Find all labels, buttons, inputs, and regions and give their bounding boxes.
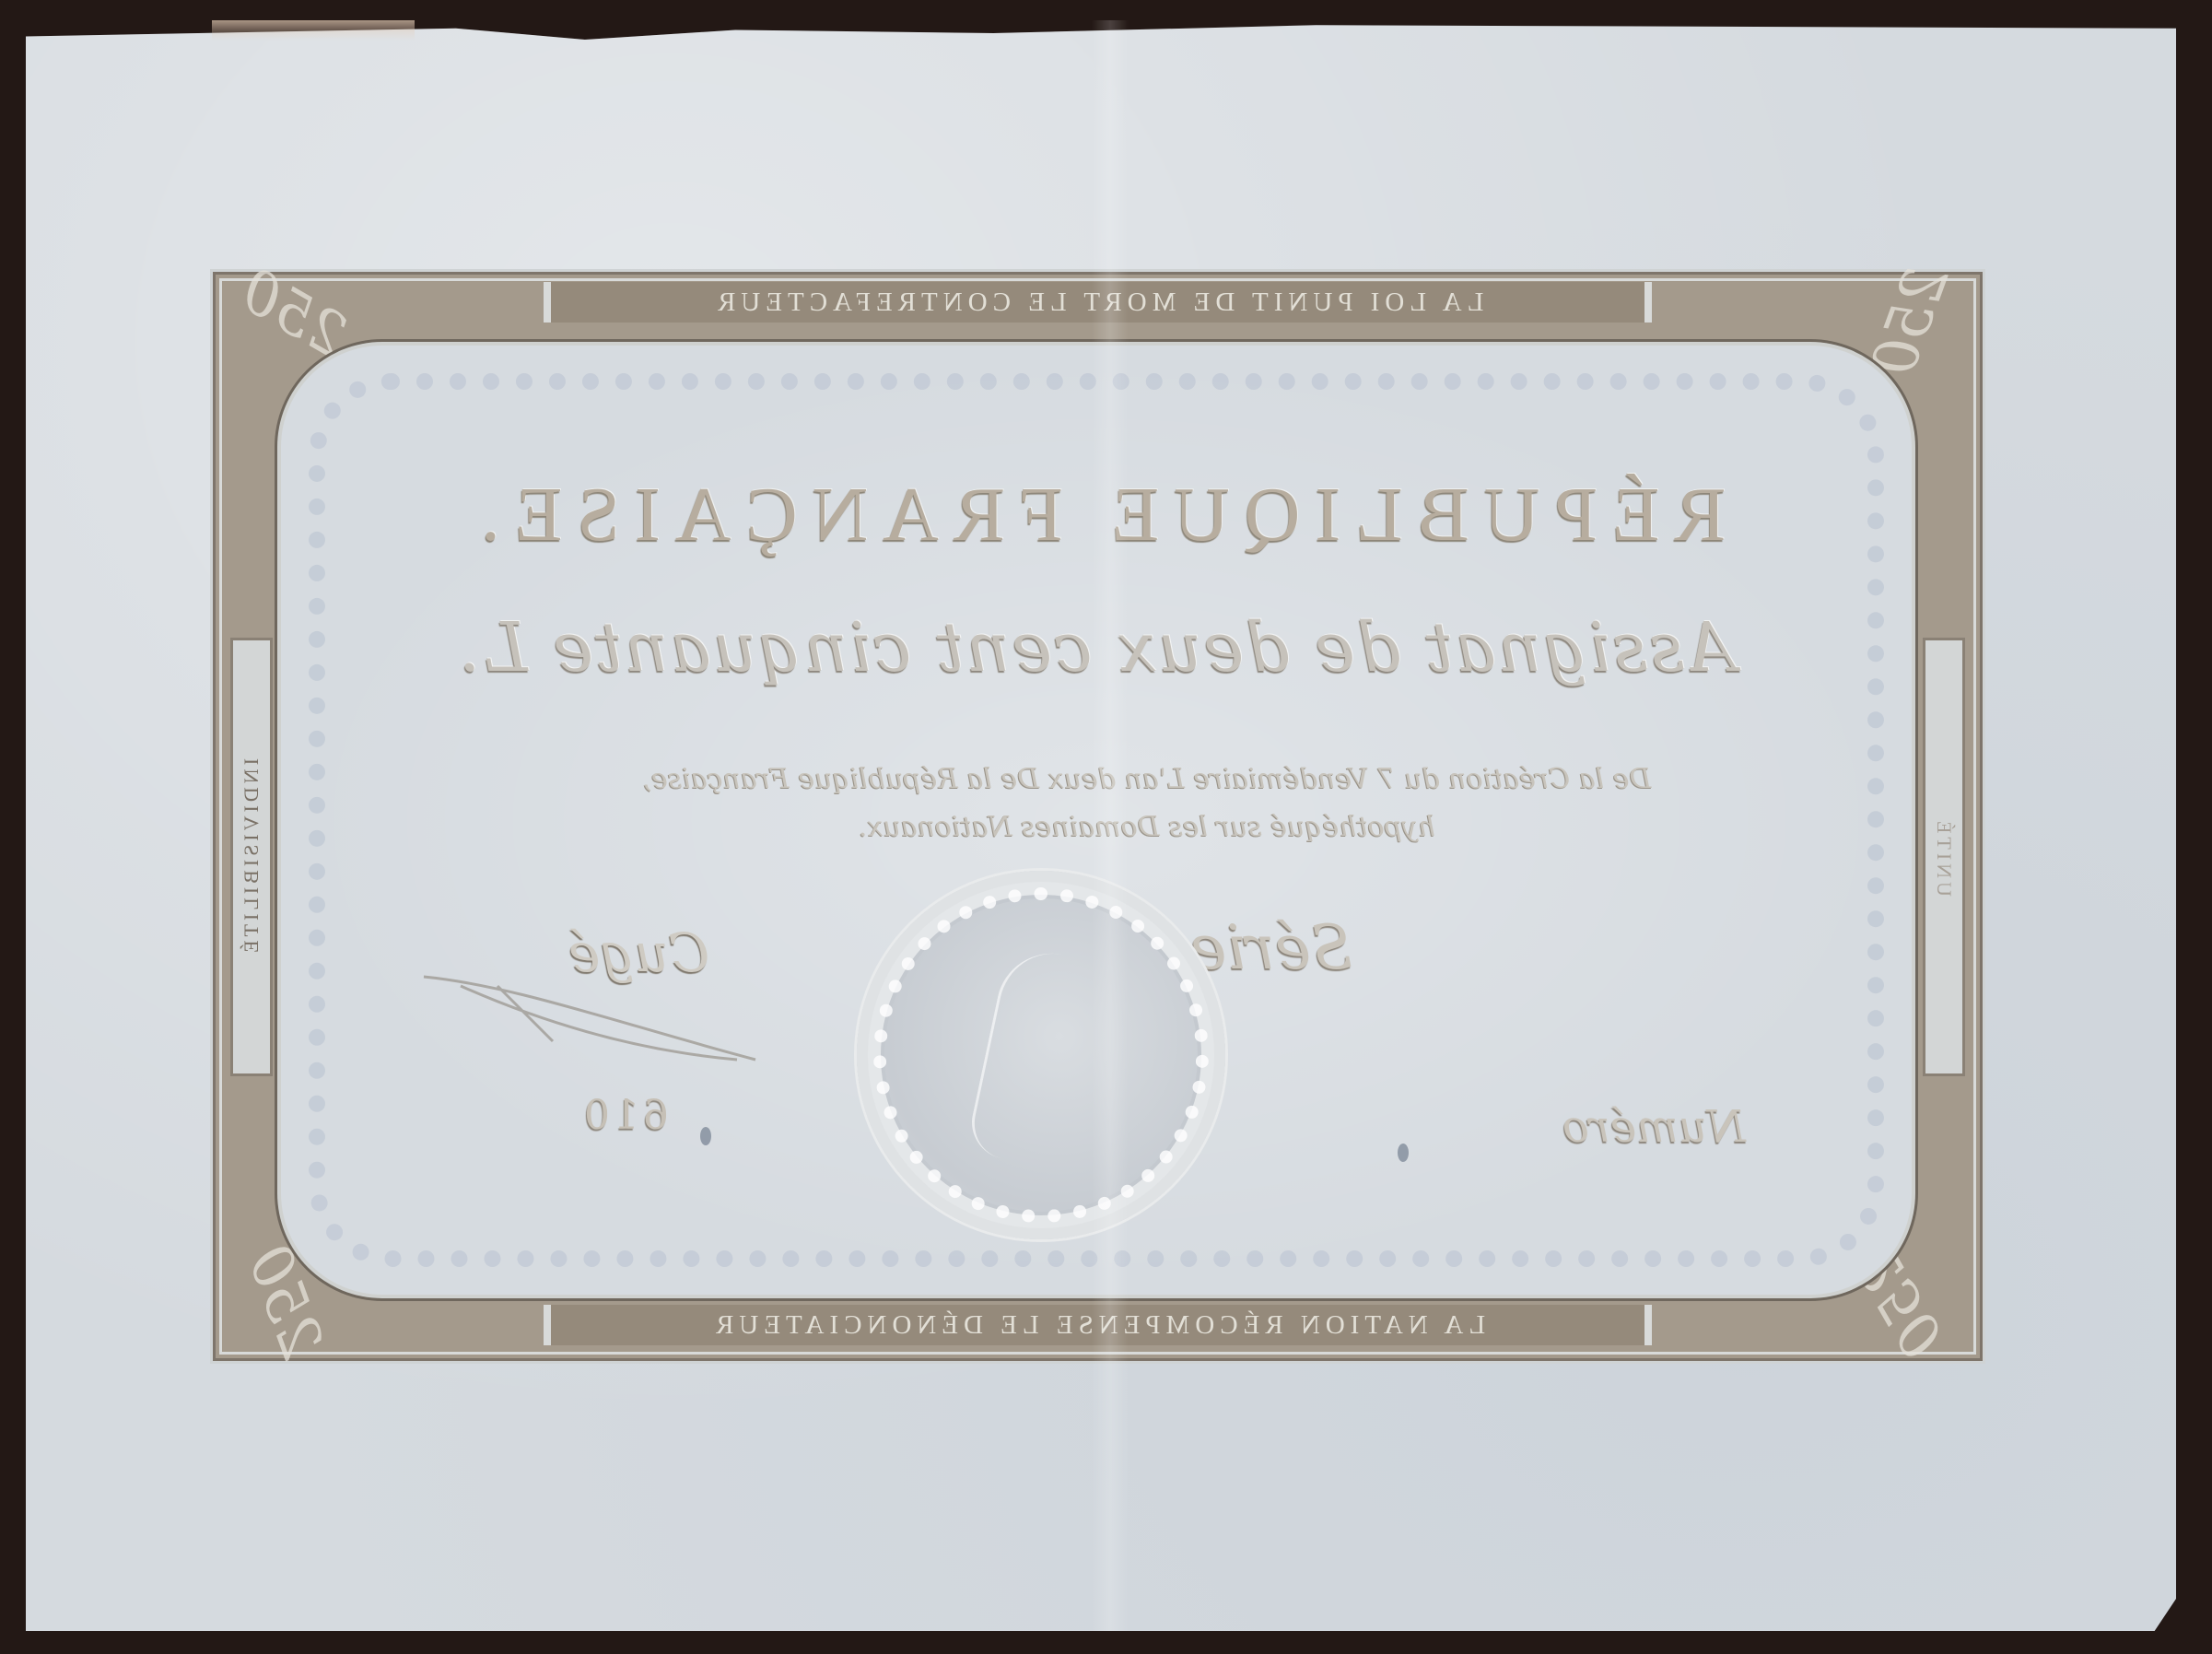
- corner-value-top-right: 250: [1859, 257, 1961, 386]
- decree-line-1: De la Création du 7 Vendémiaire L'an deu…: [438, 756, 1856, 804]
- serie-label: Série: [1190, 912, 1352, 983]
- note-number: 610: [580, 1092, 669, 1139]
- banknote-frame: LA LOI PUNIT DE MORT LE CONTREFACTEUR LA…: [210, 269, 1985, 1364]
- right-side-text: UNITÉ: [1932, 817, 1956, 897]
- number-value: 610: [580, 1092, 669, 1139]
- ink-dot: [700, 1127, 711, 1145]
- left-side-text: INDIVISIBILITÉ: [240, 758, 263, 956]
- embossed-seal: [857, 871, 1225, 1239]
- value-line-text: Assignat de deux cent cinquante L.: [457, 608, 1736, 687]
- title: RÉPUBLIQUE FRANÇAISE.: [281, 470, 1912, 559]
- decree-line-2: hypothéqué sur les Domaines Nationaux.: [438, 804, 1856, 851]
- value-line: Assignat de deux cent cinquante L.: [281, 608, 1912, 687]
- seal-figure-icon: [966, 944, 1129, 1177]
- inner-panel: RÉPUBLIQUE FRANÇAISE. Assignat de deux c…: [281, 346, 1912, 1295]
- numero: Numéro: [1562, 1101, 1746, 1153]
- signature: Cugé: [405, 921, 774, 1069]
- numero-label: Numéro: [1562, 1101, 1746, 1153]
- top-band-text: LA LOI PUNIT DE MORT LE CONTREFACTEUR: [712, 287, 1483, 318]
- bottom-band-text: LA NATION RÉCOMPENSE LE DÉNONCIATEUR: [710, 1310, 1485, 1341]
- decree-text: De la Création du 7 Vendémiaire L'an deu…: [438, 756, 1856, 851]
- bottom-band: LA NATION RÉCOMPENSE LE DÉNONCIATEUR: [544, 1305, 1652, 1345]
- title-text: RÉPUBLIQUE FRANÇAISE.: [466, 470, 1726, 559]
- left-side-panel: INDIVISIBILITÉ: [230, 638, 273, 1076]
- right-side-panel: UNITÉ: [1923, 638, 1965, 1076]
- signature-flourish-icon: [405, 921, 774, 1069]
- paper-tear: [212, 20, 415, 41]
- top-band: LA LOI PUNIT DE MORT LE CONTREFACTEUR: [544, 282, 1652, 323]
- ink-dot: [1398, 1144, 1409, 1162]
